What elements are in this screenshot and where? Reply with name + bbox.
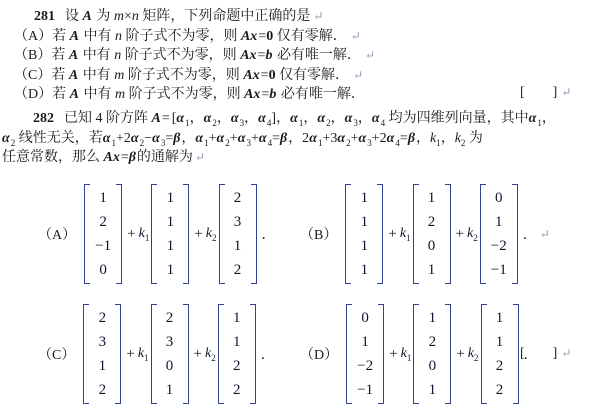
paragraph-mark-icon: ↵ [353,68,363,82]
text-run: 为 [465,131,483,146]
vector-entries: 1201 [419,304,445,404]
text-run: 阶子式不为零，则 [124,68,243,83]
vector-entry: 2 [229,258,247,282]
text-run: （A）若 [14,29,70,44]
vector-entry: 1 [356,330,374,354]
right-bracket [115,304,121,404]
vector-entry: 0 [423,234,441,258]
text-run: α [2,131,11,146]
problem-281-option-d-line: （D）若 A 中有 m 阶子式不为零，则 Ax=b 必有唯一解． [14,85,375,105]
text-run: A [83,9,93,24]
vector-entry: 2 [491,378,509,402]
k-subscript: 2 [473,233,478,243]
text-run: ， [244,111,258,126]
vector-entries: 2312 [89,304,115,404]
k-subscript: 1 [145,233,150,243]
paragraph-mark-icon: ↵ [540,227,550,242]
text-run: A [70,29,80,44]
k-coefficient: k2 [205,346,216,363]
vector-entry: 1 [355,234,373,258]
option-A: （A）12−10+k11111+k22312． [38,182,276,286]
text-run: ， [441,131,455,146]
text-run: m [115,87,125,102]
option-C: （C）2312+k12301+k21122． [38,302,275,406]
document-page: 281设 A 为 m×n 矩阵，下列命题中正确的是↵ （A）若 A 中有 n 阶… [0,0,594,414]
vector-entry: 3 [93,330,111,354]
text-run: ， [217,111,231,126]
text-run: 281 [34,9,55,24]
text-run: α [195,131,204,146]
vector-entry: 1 [355,258,373,282]
vector-entry: 3 [161,330,179,354]
text-run: 必有唯一解． [277,87,365,102]
vector-entry: 1 [94,186,112,210]
vector-entry: 1 [491,306,509,330]
text-run: +2 [116,131,131,146]
text-run: n [132,9,139,24]
right-bracket [377,184,383,284]
text-run: 中有 [79,48,114,63]
text-run: α [258,111,267,126]
option-label: （C） [38,344,75,364]
vector-entry: 1 [423,258,441,282]
right-bracket [445,184,451,284]
vector-entry: 2 [228,354,246,378]
text-run: α [152,131,161,146]
column-vector: 1111 [345,184,383,284]
text-run: 中有 [79,68,114,83]
text-run: 仅有零解． [276,68,350,83]
vector-entry: −1 [94,234,112,258]
text-run: 均为四维列向量，其中 [385,111,529,126]
text-run: = [272,131,280,146]
text-run: ] [553,85,558,100]
text-run: （D）若 [14,87,70,102]
text-run: （B）若 [14,48,69,63]
vector-entry: 1 [423,306,441,330]
vector-entry: 1 [491,330,509,354]
k-subscript: 1 [407,353,412,363]
vector-entries: 01−2−1 [486,184,512,284]
text-run: α [290,111,299,126]
vector-entry: 1 [161,258,179,282]
text-run: + [209,131,217,146]
answer-box-282: []↵ [520,346,571,362]
vector-entry: 1 [161,234,179,258]
vector-entry: 1 [423,186,441,210]
text-run: Ax [244,87,261,102]
text-run: α [176,111,185,126]
text-run: 为 [93,9,114,24]
text-run: 任意常数，那么 [2,150,104,165]
column-vector: 1111 [151,184,189,284]
text-run: 矩阵，下列命题中正确的是 [139,9,311,24]
text-run: α [317,111,326,126]
plus-operator: + [388,226,396,243]
vector-entry: 2 [491,354,509,378]
text-run: + [251,131,259,146]
column-vector: 2301 [151,304,189,404]
answer-box-281: []↵ [520,85,571,101]
vector-entry: 2 [228,378,246,402]
column-vector: 2312 [83,304,121,404]
problem-281-line-1: 281设 A 为 m×n 矩阵，下列命题中正确的是↵ [14,7,375,27]
vector-entry: 0 [423,354,441,378]
text-run: ， [416,131,430,146]
text-run: ， [190,111,204,126]
text-run: 0 [269,68,276,83]
vector-entry: 1 [229,234,247,258]
paragraph-mark-icon: ↵ [365,48,375,62]
text-run: α [337,131,346,146]
option-D: （D）01−2−1+k11201+k21122． [300,302,538,406]
right-bracket [378,304,384,404]
text-run: A [152,111,162,126]
vector-entry: 1 [93,354,111,378]
vector-entry: 2 [423,330,441,354]
text-run: ， [542,111,556,126]
text-run: + [230,131,238,146]
text-run: Ax [243,68,260,83]
k-subscript: 1 [406,233,411,243]
plus-operator: + [389,346,397,363]
vector-entry: 1 [423,378,441,402]
text-run: A [69,68,79,83]
paragraph-mark-icon: ↵ [561,85,571,99]
k-subscript: 2 [212,233,217,243]
vector-entry: −2 [356,354,374,378]
right-bracket [183,184,189,284]
column-vector: 01−2−1 [346,304,384,404]
vector-entry: 1 [161,186,179,210]
paragraph-mark-icon: ↵ [195,150,205,164]
column-vector: 1201 [413,304,451,404]
vector-entries: 2312 [225,184,251,284]
vector-entry: 1 [355,210,373,234]
vector-entries: 1201 [419,184,445,284]
k-coefficient: k1 [401,346,412,363]
vector-entries: 01−2−1 [352,304,378,404]
text-run: β [129,150,137,165]
problem-282-line-1: 282已知 4 阶方阵 A=[α1，α2，α3，α4]，α1，α2，α3，α4 … [2,109,556,129]
column-vector: 1201 [413,184,451,284]
right-bracket [116,184,122,284]
right-bracket [251,184,257,284]
text-run: β [408,131,416,146]
vector-entry: 0 [356,306,374,330]
text-run: Ax [104,150,121,165]
text-run: 中有 [80,87,115,102]
text-run: A [70,87,80,102]
text-run: α [359,131,368,146]
vector-entries: 1122 [487,304,513,404]
right-bracket [250,304,256,404]
text-run: 仅有零解． [273,29,347,44]
vector-entry: −1 [356,378,374,402]
text-run: Ax [241,29,258,44]
vector-entry: −2 [490,234,508,258]
column-vector: 1122 [481,304,519,404]
k-coefficient: k1 [400,226,411,243]
text-run: （C）若 [14,68,69,83]
right-bracket [513,304,519,404]
vector-entry: 2 [161,306,179,330]
plus-operator: + [126,346,134,363]
problem-281-option-c-line: （C）若 A 中有 m 阶子式不为零，则 Ax=0 仅有零解．↵ [14,66,375,86]
text-run: α [309,131,318,146]
text-run: × [124,9,132,24]
text-run: 的通解为 [137,150,193,165]
vector-entry: 3 [229,210,247,234]
vector-entry: 2 [94,210,112,234]
text-run: − [144,131,152,146]
text-run: Ax [240,48,257,63]
text-run: 282 [33,111,54,126]
vector-entries: 2301 [157,304,183,404]
vector-entry: 1 [161,210,179,234]
vector-entry: 1 [355,186,373,210]
vector-entry: 2 [229,186,247,210]
vector-entries: 1122 [224,304,250,404]
vector-entry: 2 [93,306,111,330]
text-run: 线性无关，若 [15,131,103,146]
vector-entry: 0 [490,186,508,210]
text-run: 设 [65,9,83,24]
text-run: 阶子式不为零，则 [125,87,244,102]
text-run: α [131,131,140,146]
column-vector: 01−2−1 [480,184,518,284]
text-run: 阶子式不为零，则 [121,48,240,63]
text-run: n [115,29,122,44]
text-run: = [400,131,408,146]
text-run: ] [553,346,558,361]
column-vector: 12−10 [84,184,122,284]
k-coefficient: k2 [468,346,479,363]
vector-entries: 12−10 [90,184,116,284]
text-run: m [114,68,124,83]
problem-281-option-b-line: （B）若 A 中有 n 阶子式不为零，则 Ax=b 必有唯一解．↵ [14,46,375,66]
problem-281-option-a-line: （A）若 A 中有 n 阶子式不为零，则 Ax=0 仅有零解．↵ [14,27,375,47]
text-run: ，2 [288,131,309,146]
k-coefficient: k1 [138,346,149,363]
option-label: （B） [300,224,337,244]
problem-282-line-3: 任意常数，那么 Ax=β的通解为↵ [2,148,556,168]
text-run: 必有唯一解． [273,48,361,63]
text-run: α [231,111,240,126]
column-vector: 1122 [218,304,256,404]
text-run: 阶子式不为零，则 [122,29,241,44]
k-subscript: 1 [144,353,149,363]
text-run: [ [520,346,525,361]
text-run: = [261,68,269,83]
right-bracket [445,304,451,404]
text-run: β [280,131,288,146]
plus-operator: + [456,226,464,243]
problem-282-line-2: α2 线性无关，若α1+2α2−α3=β，α1+α2+α3+α4=β，2α1+3… [2,129,556,149]
text-run: ， [181,131,195,146]
right-bracket [183,304,189,404]
plus-operator: + [456,346,464,363]
text-run: 中有 [80,29,115,44]
k-subscript: 2 [474,353,479,363]
plus-operator: + [194,346,202,363]
text-run: 已知 4 阶方阵 [64,111,152,126]
text-run: α [103,131,112,146]
text-run: α [372,111,381,126]
problem-282: 282已知 4 阶方阵 A=[α1，α2，α3，α4]，α1，α2，α3，α4 … [2,109,556,168]
vector-entry: 1 [228,330,246,354]
vector-entry: 1 [490,210,508,234]
plus-operator: + [127,226,135,243]
option-period: ． [262,224,276,244]
text-run: α [259,131,268,146]
k-subscript: 2 [211,353,216,363]
vector-entries: 1111 [351,184,377,284]
problem-281: 281设 A 为 m×n 矩阵，下列命题中正确的是↵ （A）若 A 中有 n 阶… [14,7,375,105]
option-period: ． [261,344,275,364]
vector-entry: 2 [423,210,441,234]
text-run: ， [303,111,317,126]
plus-operator: + [194,226,202,243]
text-run: [ [520,85,525,100]
vector-entry: 1 [161,378,179,402]
paragraph-mark-icon: ↵ [351,29,361,43]
vector-entry: 2 [93,378,111,402]
text-run: A [69,48,79,63]
text-run: α [217,131,226,146]
option-B: （B）1111+k11201+k201−2−1．↵ [300,182,550,286]
paragraph-mark-icon: ↵ [561,346,571,360]
text-run: +3 [322,131,337,146]
text-run: ， [358,111,372,126]
text-run: = [121,150,129,165]
k-coefficient: k2 [467,226,478,243]
vector-entry: −1 [490,258,508,282]
k-coefficient: k2 [206,226,217,243]
option-label: （D） [300,344,338,364]
text-run: = [162,111,170,126]
vector-entry: 0 [94,258,112,282]
right-bracket [512,184,518,284]
text-run: +2 [372,131,387,146]
option-label: （A） [38,224,76,244]
vector-entry: 0 [161,354,179,378]
text-run: + [351,131,359,146]
text-run: ， [331,111,345,126]
vector-entries: 1111 [157,184,183,284]
text-run: m [114,9,124,24]
text-run: ]， [271,111,290,126]
k-coefficient: k1 [139,226,150,243]
vector-entry: 1 [228,306,246,330]
option-period: ． [523,224,537,244]
column-vector: 2312 [219,184,257,284]
paragraph-mark-icon: ↵ [313,9,323,23]
